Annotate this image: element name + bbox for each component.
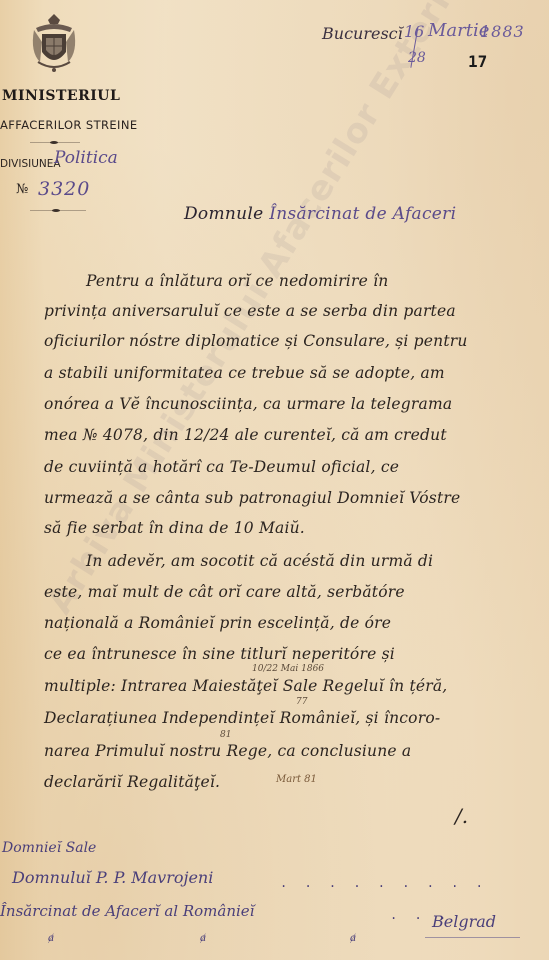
salutation-title: Însărcinat de Afaceri (269, 204, 456, 224)
salutation-prefix: Domnule (184, 204, 263, 224)
ministry-title: MINISTERIUL (2, 88, 120, 104)
body-line: ce ea întrunesce în sine titlurĭ neperit… (44, 645, 544, 663)
address-city: Belgrad (432, 912, 496, 931)
folio-number: 17 (468, 52, 487, 71)
dateline-year: 1883 (480, 22, 525, 41)
closing-mark: /. (455, 804, 468, 828)
body-line: urmează a se cânta sub patronagiul Domni… (44, 489, 544, 507)
reference-number: 3320 (38, 178, 90, 200)
division-value: Politica (54, 148, 118, 168)
body-line: privința aniversaruluĭ ce este a se serb… (44, 302, 544, 320)
pencil-note-regality: Mart 81 (276, 774, 317, 785)
division-label: DIVISIUNEA (0, 158, 61, 170)
body-line: In adevĕr, am socotit că acéstă din urmă… (86, 552, 549, 570)
body-line: Pentru a înlătura orĭ ce nedomirire în (86, 272, 549, 290)
ministry-subtitle: AFFACERILOR STREINE (0, 118, 138, 132)
address-honorific: Domnieĭ Sale (2, 840, 96, 856)
dotted-leader: . . . . . . . . . (280, 876, 488, 890)
pencil-mark: ⱥ (200, 930, 206, 945)
body-line: narea Primuluĭ nostru Rege, ca conclusiu… (44, 742, 544, 760)
body-line: Declarațiunea Independințeĭ Românieĭ, și… (44, 709, 544, 727)
annotation-independence-year: 77 (296, 697, 307, 707)
body-line: mea № 4078, din 12/24 ale curenteĭ, că a… (44, 426, 544, 444)
royal-coat-of-arms-icon (26, 12, 82, 76)
pencil-mark: ⱥ (48, 930, 54, 945)
body-line: de cuviință a hotărî ca Te-Deumul oficia… (44, 458, 544, 476)
divider-ornament (52, 209, 60, 212)
body-line: onórea a Vĕ încunosciința, ca urmare la … (44, 395, 544, 413)
pencil-mark: ⱥ (350, 930, 356, 945)
body-line: multiple: Intrarea Maiestăţeĭ Sale Regel… (44, 677, 544, 695)
body-line: a stabili uniformitatea ce trebue să se … (44, 364, 544, 382)
body-line: națională a Românieĭ prin escelință, de … (44, 614, 544, 632)
annotation-entry-date: 10/22 Mai 1866 (252, 664, 324, 674)
city-underline (425, 937, 520, 938)
body-line: să fie serbat în dina de 10 Maiŭ. (44, 519, 544, 537)
dateline-place: Bucurescĭ (322, 24, 403, 43)
address-title: Însărcinat de Afacerĭ al Românieĭ (0, 902, 254, 920)
body-line: oficiurilor nóstre diplomatice și Consul… (44, 332, 544, 350)
dateline-day-old-style: 16 (404, 22, 424, 41)
body-line: este, maĭ mult de cât orĭ care altă, ser… (44, 583, 544, 601)
divider-ornament (50, 141, 58, 144)
annotation-coronation-year: 81 (220, 730, 231, 740)
salutation: Domnule Însărcinat de Afaceri (184, 204, 456, 224)
dateline-day-new-style: 28 (408, 50, 426, 66)
address-recipient: Domnuluĭ P. P. Mavrojeni (12, 868, 213, 887)
number-label: № (16, 182, 28, 197)
